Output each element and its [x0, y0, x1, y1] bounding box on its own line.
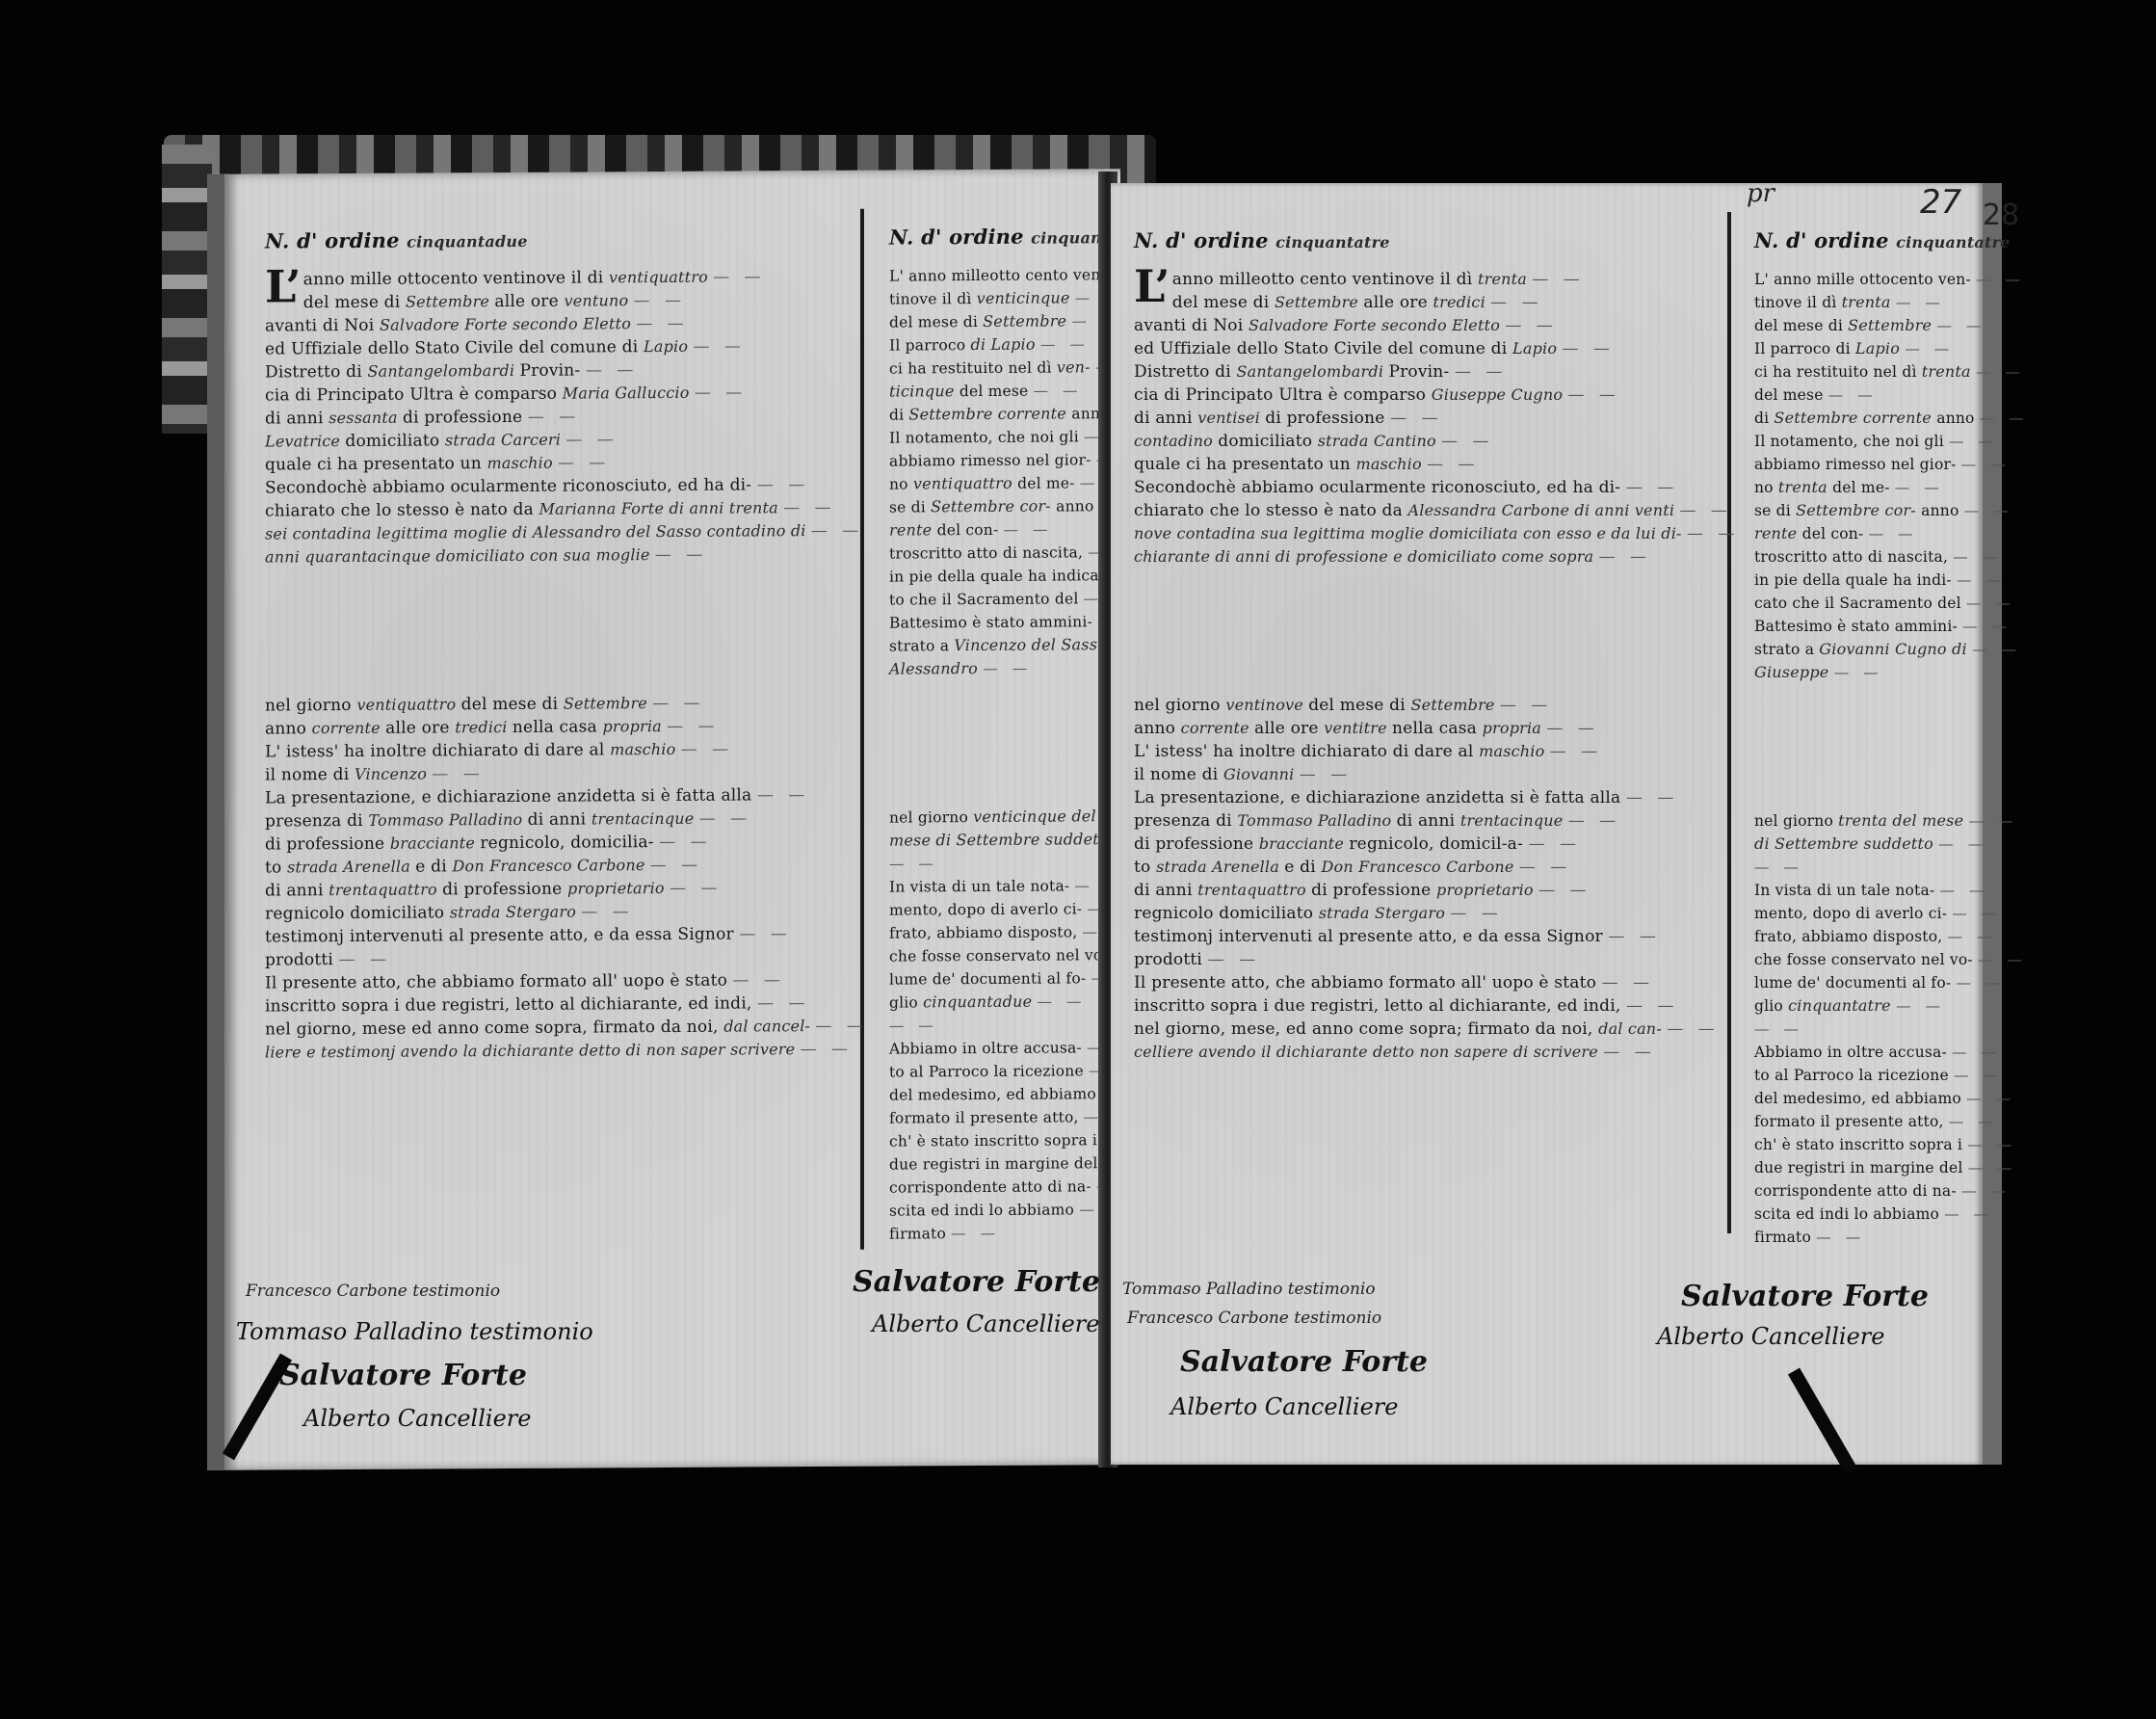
handwritten-entry: proprietario: [1436, 881, 1538, 899]
clerk-signature: Alberto Cancelliere: [303, 1405, 531, 1432]
printed-text: di professione: [403, 408, 528, 428]
pencil-page-number: 28: [1983, 198, 2019, 232]
printed-text: nel giorno, mese, ed anno come sopra; fi…: [1134, 1019, 1598, 1039]
filler-dashes: — —: [1948, 928, 1997, 945]
filler-dashes: — —: [581, 902, 633, 921]
handwritten-entry: Santangelombardi: [1236, 362, 1388, 381]
handwritten-entry: strada Stergaro: [1319, 904, 1451, 922]
handwritten-entry: strada Cantino: [1318, 432, 1441, 450]
register-line: Abbiamo in oltre accusa- — —: [1754, 1041, 2029, 1064]
witness-signature: Francesco Carbone testimonio: [1127, 1309, 1381, 1328]
filler-dashes: — —: [1040, 335, 1090, 353]
filler-dashes: — —: [1505, 316, 1557, 335]
register-line: formato il presente atto, — —: [1754, 1110, 2029, 1133]
register-line: di Settembre corrente anno — —: [1754, 407, 2029, 430]
filler-dashes: — —: [1976, 271, 2025, 288]
printed-text: di anni: [265, 409, 329, 428]
register-line: nel giorno ventinove del mese di Settemb…: [1134, 694, 1739, 717]
printed-text: del mese di: [1754, 317, 1848, 334]
printed-text: domiciliato: [345, 431, 445, 451]
birth-act-left: N. d' ordine cinquantadueL’ anno mille o…: [265, 226, 868, 1065]
printed-text: e di: [415, 857, 452, 876]
handwritten-entry: Settembre: [1411, 696, 1500, 714]
filler-dashes: — —: [1679, 501, 1731, 520]
order-number-header: N. d' ordine cinquantadue: [265, 226, 868, 255]
printed-text: di professione: [265, 834, 390, 855]
printed-text: nel giorno: [265, 696, 356, 716]
printed-text: lume de' documenti al fo-: [889, 969, 1091, 988]
register-line: che fosse conservato nel vo- — —: [1754, 948, 2029, 971]
register-line: in pie della quale ha indi- — —: [1754, 569, 2029, 592]
printed-text: Secondochè abbiamo ocularmente riconosci…: [265, 475, 757, 497]
register-line: In vista di un tale nota- — —: [1754, 879, 2029, 902]
handwritten-entry: dal cancel-: [723, 1017, 815, 1036]
baptism-note-right: N. d' ordine cinquantatre L' anno mille …: [1754, 229, 2029, 1249]
spacer: [1134, 569, 1739, 694]
register-line: testimonj intervenuti al presente atto, …: [265, 922, 868, 949]
printed-text: no: [889, 475, 913, 492]
printed-text: regnicolo, domicilia-: [480, 833, 659, 853]
handwritten-entry: cinquantatre: [1788, 996, 1896, 1015]
handwritten-entry: trenta: [1842, 293, 1896, 311]
register-line: ed Uffiziale dello Stato Civile del comu…: [1134, 337, 1739, 360]
handwritten-entry: Giovanni: [1223, 765, 1300, 783]
handwritten-entry: trentaquattro: [1197, 881, 1311, 899]
register-line: cato che il Sacramento del — —: [1754, 592, 2029, 615]
printed-text: inscritto sopra i due registri, letto al…: [1134, 996, 1626, 1016]
printed-text: to: [1134, 858, 1156, 877]
handwritten-entry: rente: [889, 520, 937, 539]
printed-text: cato che il Sacramento del: [1754, 595, 1966, 612]
corner-note: pr: [1747, 179, 1775, 208]
filler-dashes: — —: [1896, 997, 1945, 1015]
register-line: celliere avendo il dichiarante detto non…: [1134, 1041, 1739, 1064]
filler-dashes: — —: [983, 660, 1032, 677]
printed-text: alle ore: [1254, 719, 1324, 738]
filler-dashes: — —: [1519, 858, 1571, 877]
register-line: Secondochè abbiamo ocularmente riconosci…: [1134, 476, 1739, 499]
handwritten-entry: ventiquattro: [609, 268, 713, 287]
filler-dashes: — —: [713, 267, 765, 286]
handwritten-entry: cor-: [1019, 497, 1056, 516]
handwritten-entry: bracciante: [390, 833, 481, 853]
handwritten-entry: strada Arenella: [287, 858, 415, 877]
register-line: il nome di Giovanni — —: [1134, 763, 1739, 786]
filler-dashes: — —: [1961, 1182, 2011, 1200]
register-line: firmato — —: [1754, 1226, 2029, 1249]
printed-text: regnicolo domiciliato: [265, 903, 450, 923]
handwritten-entry: Alessandro: [889, 659, 983, 678]
filler-dashes: — —: [783, 498, 835, 517]
register-line: to al Parroco la ricezione — —: [1754, 1064, 2029, 1087]
printed-text: testimonj intervenuti al presente atto, …: [1134, 927, 1608, 946]
printed-text: Provin-: [519, 360, 586, 380]
filler-dashes: — —: [1896, 294, 1945, 311]
register-line: Battesimo è stato ammini- — —: [1754, 615, 2029, 638]
register-line: di professione bracciante regnicolo, dom…: [1134, 833, 1739, 856]
handwritten-entry: ventiquattro: [913, 474, 1017, 493]
printed-text: ch' è stato inscritto sopra i: [889, 1131, 1102, 1150]
printed-text: scita ed indi lo abbiamo: [889, 1201, 1079, 1219]
handwritten-entry: bracciante: [1259, 834, 1350, 853]
register-line: del medesimo, ed abbiamo — —: [1754, 1087, 2029, 1110]
printed-text: Battesimo è stato ammini-: [889, 613, 1097, 631]
printed-text: del me-: [1017, 474, 1080, 491]
handwritten-entry: corrente: [998, 404, 1071, 422]
filler-dashes: — —: [1455, 362, 1507, 382]
register-line: liere e testimonj avendo la dichiarante …: [265, 1038, 868, 1065]
filler-dashes: — —: [1427, 455, 1479, 474]
handwritten-entry: trenta del mese: [1838, 811, 1968, 830]
printed-text: in pie della quale ha indica-: [889, 567, 1109, 585]
printed-text: Il parroco: [889, 336, 970, 355]
handwritten-entry: Alessandra Carbone di anni venti: [1408, 501, 1680, 519]
spacer: [265, 566, 868, 695]
handwritten-entry: Settembre: [983, 311, 1071, 331]
handwritten-entry: Lapio: [1512, 339, 1562, 357]
handwritten-entry: Salvadore Forte secondo Eletto: [380, 314, 636, 334]
printed-text: ci ha restituito nel dì: [889, 359, 1057, 378]
printed-text: nel giorno: [1134, 696, 1225, 715]
filler-dashes: — —: [634, 291, 686, 310]
printed-text: del mese di: [889, 313, 983, 331]
filler-dashes: — —: [1949, 1113, 1998, 1130]
filler-dashes: — —: [655, 545, 707, 565]
clerk-signature: Alberto Cancelliere: [872, 1310, 1099, 1337]
filler-dashes: — —: [1939, 882, 1988, 899]
printed-text: firmato: [889, 1225, 951, 1242]
register-line: frato, abbiamo disposto, — —: [1754, 925, 2029, 948]
printed-text: tinove il dì: [1754, 294, 1842, 311]
printed-text: in pie della quale ha indi-: [1754, 571, 1957, 589]
printed-text: quale ci ha presentato un: [1134, 455, 1355, 474]
filler-dashes: — —: [757, 475, 809, 494]
printed-text: presenza di: [265, 811, 368, 832]
handwritten-entry: Maria Galluccio: [563, 383, 695, 403]
register-line: testimonj intervenuti al presente atto, …: [1134, 925, 1739, 948]
filler-dashes: — —: [889, 855, 938, 872]
handwritten-entry: ventitre: [1324, 719, 1392, 737]
printed-text: del medesimo, ed abbiamo: [889, 1085, 1101, 1103]
printed-text: del me-: [1832, 479, 1895, 496]
witness-signature: Tommaso Palladino testimonio: [236, 1318, 593, 1345]
printed-text: due registri in margine del: [1754, 1159, 1968, 1177]
filler-dashes: — —: [1978, 951, 2027, 968]
order-number-header: N. d' ordine cinquantatre: [1134, 229, 1739, 254]
handwritten-entry: ventisei: [1197, 409, 1265, 427]
filler-dashes: — —: [1949, 433, 1998, 450]
register-line: — —: [1754, 856, 2029, 879]
filler-dashes: — —: [558, 453, 610, 472]
register-line: contadino domiciliato strada Cantino — —: [1134, 430, 1739, 453]
printed-text: di: [1754, 410, 1774, 427]
printed-text: di: [889, 406, 908, 423]
register-line: due registri in margine del — —: [1754, 1156, 2029, 1179]
filler-dashes: — —: [586, 360, 638, 380]
printed-text: chiarato che lo stesso è nato da: [265, 500, 539, 521]
handwritten-entry: di Settembre suddetto: [1754, 834, 1938, 853]
handwritten-entry: propria: [1483, 719, 1547, 737]
printed-text: lume de' documenti al fo-: [1754, 974, 1956, 992]
handwritten-entry: celliere avendo il dichiarante detto non…: [1134, 1043, 1603, 1061]
printed-text: se di: [1754, 502, 1796, 519]
register-line: sei contadina legittima moglie di Alessa…: [265, 519, 868, 546]
header-label: N. d' ordine: [265, 228, 407, 253]
filler-dashes: — —: [1895, 479, 1944, 496]
printed-text: cia di Principato Ultra è comparso: [265, 384, 563, 406]
printed-text: di professione: [1311, 881, 1436, 900]
handwritten-entry: corrente: [1181, 719, 1254, 737]
filler-dashes: — —: [1905, 340, 1954, 357]
register-line: nel giorno, mese, ed anno come sopra; fi…: [1134, 1018, 1739, 1041]
filler-dashes: — —: [1956, 974, 2005, 992]
register-line: Distretto di Santangelombardi Provin- — …: [1134, 360, 1739, 383]
printed-text: regnicolo domiciliato: [1134, 904, 1319, 923]
printed-text: ci ha restituito nel dì: [1754, 363, 1922, 381]
printed-text: del mese di: [461, 695, 564, 715]
register-line: corrispondente atto di na- — —: [1754, 1179, 2029, 1203]
printed-text: di professione: [442, 880, 567, 900]
handwritten-entry: Giuseppe Cugno: [1432, 385, 1568, 404]
printed-text: che fosse conservato nel vo-: [889, 946, 1113, 965]
filler-dashes: — —: [951, 1225, 1000, 1242]
handwritten-entry: ventiquattro: [356, 695, 460, 714]
printed-text: anno: [1936, 410, 1979, 427]
filler-dashes: — —: [1966, 595, 2015, 612]
printed-text: formato il presente atto,: [1754, 1113, 1949, 1130]
handwritten-entry: Don Francesco Carbone: [1321, 858, 1518, 876]
printed-text: Provin-: [1388, 362, 1455, 382]
filler-dashes: — —: [1828, 386, 1878, 404]
printed-text: Distretto di: [1134, 362, 1236, 382]
filler-dashes: — —: [815, 1017, 867, 1036]
handwritten-entry: maschio: [610, 740, 681, 758]
header-label: N. d' ordine: [1134, 228, 1275, 252]
witness-signature: Francesco Carbone testimonio: [246, 1282, 500, 1301]
handwritten-entry: strada Arenella: [1156, 858, 1284, 876]
printed-text: Il parroco di: [1754, 340, 1855, 357]
printed-text: anno: [1134, 719, 1181, 738]
handwritten-entry: trenta: [1478, 270, 1532, 288]
filler-dashes: — —: [1754, 1020, 1803, 1038]
printed-text: nel giorno: [889, 808, 973, 827]
handwritten-entry: maschio: [1355, 455, 1427, 473]
printed-text: Abbiamo in oltre accusa-: [1754, 1044, 1952, 1061]
filler-dashes: — —: [1962, 618, 2011, 635]
handwritten-entry: sessanta: [329, 409, 403, 427]
printed-text: due registri in margine del: [889, 1154, 1103, 1173]
printed-text: di professione: [1134, 834, 1259, 854]
filler-dashes: — —: [1599, 547, 1651, 567]
filler-dashes: — —: [528, 408, 580, 427]
handwritten-entry: maschio: [1479, 742, 1550, 760]
printed-text: corrispondente atto di na-: [1754, 1182, 1961, 1200]
printed-text: Il notamento, che noi gli: [889, 428, 1084, 446]
filler-dashes: — —: [681, 740, 733, 759]
register-line: abbiamo rimesso nel gior- — —: [1754, 453, 2029, 476]
filler-dashes: — —: [652, 694, 704, 713]
birth-act-right: N. d' ordine cinquantatreL’ anno milleot…: [1134, 229, 1739, 1064]
handwritten-entry: trentaquattro: [329, 880, 442, 899]
printed-text: di anni: [1134, 881, 1197, 900]
filler-dashes: — —: [1969, 812, 2018, 830]
printed-text: glio: [889, 993, 923, 1011]
printed-text: L' istess' ha inoltre dichiarato di dare…: [1134, 742, 1479, 761]
handwritten-entry: venticinque del: [973, 807, 1101, 826]
handwritten-entry: Levatrice: [265, 432, 345, 451]
printed-text: prodotti: [1134, 950, 1208, 969]
filler-dashes: — —: [1490, 293, 1542, 312]
filler-dashes: — —: [1953, 548, 2002, 566]
officer-signature: Salvatore Forte: [1681, 1280, 1929, 1313]
filler-dashes: — —: [667, 717, 719, 736]
handwritten-entry: Giovanni Cugno di: [1819, 640, 1972, 658]
filler-dashes: — —: [695, 383, 747, 402]
handwritten-entry: ventuno: [565, 291, 634, 309]
register-line: La presentazione, e dichiarazione anzide…: [1134, 786, 1739, 809]
filler-dashes: — —: [733, 970, 785, 990]
handwritten-entry: anni quarantacinque domiciliato con sua …: [265, 545, 655, 566]
drop-cap: L’: [265, 268, 302, 304]
filler-dashes: — —: [1546, 719, 1598, 738]
printed-text: strato a: [1754, 641, 1819, 658]
handwritten-entry: Settembre: [564, 694, 652, 713]
handwritten-entry: Settembre: [1848, 316, 1936, 334]
book-cover-spine: [162, 145, 212, 434]
filler-dashes: — —: [1952, 1044, 2001, 1061]
filler-dashes: — —: [1300, 765, 1352, 784]
filler-dashes: — —: [1626, 478, 1678, 497]
filler-dashes: — —: [1450, 904, 1502, 923]
printed-text: cia di Principato Ultra è comparso: [1134, 385, 1432, 405]
printed-text: troscritto atto di nascita,: [1754, 548, 1953, 566]
printed-text: to che il Sacramento del: [889, 590, 1084, 608]
handwritten-entry: chiarante di anni di professione e domic…: [1134, 547, 1599, 566]
register-line: chiarante di anni di professione e domic…: [1134, 545, 1739, 569]
handwritten-entry: Marianna Forte di anni trenta: [539, 498, 784, 518]
filler-dashes: — —: [1626, 996, 1678, 1016]
register-line: prodotti — —: [1134, 948, 1739, 971]
printed-text: nel giorno, mese ed anno come sopra, fir…: [265, 1018, 723, 1040]
filler-dashes: — —: [1952, 905, 2001, 922]
printed-text: di anni: [1134, 409, 1197, 428]
printed-text: to al Parroco la ricezione: [889, 1062, 1089, 1080]
handwritten-entry: Settembre: [1796, 501, 1884, 519]
printed-text: di anni: [265, 881, 329, 900]
printed-text: anno: [1921, 502, 1963, 519]
handwritten-entry: tredici: [455, 718, 513, 736]
filler-dashes: — —: [739, 924, 791, 943]
printed-text: strato a: [889, 637, 954, 654]
handwritten-entry: cor-: [1884, 501, 1921, 519]
printed-text: testimonj intervenuti al presente atto, …: [265, 925, 739, 947]
filler-dashes: — —: [1980, 410, 2029, 427]
register-line: cia di Principato Ultra è comparso Giuse…: [1134, 383, 1739, 407]
filler-dashes: — —: [1529, 834, 1581, 854]
printed-text: to al Parroco la ricezione: [1754, 1067, 1954, 1084]
register-line: anno corrente alle ore ventitre nella ca…: [1134, 717, 1739, 740]
printed-text: se di: [889, 498, 931, 516]
filler-dashes: — —: [1500, 696, 1552, 715]
filler-dashes: — —: [1957, 571, 2006, 589]
printed-text: La presentazione, e dichiarazione anzide…: [265, 785, 757, 807]
filler-dashes: — —: [1869, 525, 1918, 542]
handwritten-entry: Lapio: [1855, 339, 1905, 357]
filler-dashes: — —: [1938, 835, 1987, 853]
filler-dashes: — —: [1834, 664, 1883, 681]
register-line: regnicolo domiciliato strada Stergaro — …: [1134, 902, 1739, 925]
handwritten-entry: maschio: [486, 454, 558, 472]
filler-dashes: — —: [1816, 1229, 1865, 1246]
filler-dashes: — —: [1972, 641, 2021, 658]
printed-text: anno: [1056, 497, 1098, 515]
handwritten-entry: corrente: [1863, 409, 1936, 427]
handwritten-entry: Lapio: [644, 337, 693, 356]
register-line: L' istess' ha inoltre dichiarato di dare…: [1134, 740, 1739, 763]
printed-text: Distretto di: [265, 362, 367, 383]
printed-text: glio: [1754, 997, 1788, 1015]
handwritten-entry: sei contadina legittima moglie di Alessa…: [265, 521, 811, 542]
printed-text: di anni: [1397, 811, 1460, 831]
register-line: Il presente atto, che abbiamo formato al…: [1134, 971, 1739, 994]
handwritten-entry: contadino: [1134, 432, 1218, 450]
register-line: no trenta del me- — —: [1754, 476, 2029, 499]
register-line: inscritto sopra i due registri, letto al…: [1134, 994, 1739, 1018]
printed-text: L' anno milleotto cento ven-: [889, 266, 1111, 284]
printed-text: quale ci ha presentato un: [265, 454, 486, 474]
header-label: N. d' ordine: [1754, 228, 1896, 252]
filler-dashes: — —: [1038, 992, 1087, 1010]
filler-dashes: — —: [432, 764, 484, 783]
filler-dashes: — —: [1976, 363, 2025, 381]
printed-text: del mese: [1754, 386, 1828, 404]
register-line: ch' è stato inscritto sopra i — —: [1754, 1133, 2029, 1156]
spacer: [1754, 684, 2029, 809]
handwritten-entry: trenta: [1922, 362, 1976, 381]
printed-text: no: [1754, 479, 1778, 496]
register-spread: N. d' ordine cinquantadueL’ anno mille o…: [207, 172, 1999, 1468]
register-line: Il parroco di Lapio — —: [1754, 337, 2029, 360]
printed-text: di anni: [528, 809, 592, 829]
printed-text: nella casa: [1392, 719, 1483, 738]
filler-dashes: — —: [1966, 1090, 2015, 1107]
printed-text: che fosse conservato nel vo-: [1754, 951, 1978, 968]
right-page: N. d' ordine cinquantatreL’ anno milleot…: [1111, 183, 2002, 1465]
register-line: La presentazione, e dichiarazione anzide…: [265, 783, 868, 810]
printed-text: e di: [1284, 858, 1321, 877]
printed-text: nel giorno: [1754, 812, 1838, 830]
filler-dashes: — —: [699, 808, 751, 828]
filler-dashes: — —: [1964, 502, 2013, 519]
handwritten-entry: Don Francesco Carbone: [452, 856, 649, 875]
filler-dashes: — —: [1567, 385, 1619, 405]
printed-text: abbiamo rimesso nel gior-: [1754, 456, 1961, 473]
filler-dashes: — —: [1687, 524, 1739, 543]
drop-cap: L’: [1134, 268, 1170, 304]
handwritten-entry: Settembre: [406, 292, 494, 311]
printed-text: alle ore: [385, 718, 455, 737]
filler-dashes: — —: [1390, 409, 1442, 428]
printed-text: avanti di Noi: [265, 316, 380, 336]
printed-text: Abbiamo in oltre accusa-: [889, 1039, 1087, 1057]
register-line: rente del con- — —: [1754, 522, 2029, 545]
printed-text: del medesimo, ed abbiamo: [1754, 1090, 1966, 1107]
handwritten-entry: mese di Settembre suddetto: [889, 830, 1120, 849]
register-line: chiarato che lo stesso è nato da Alessan…: [1134, 499, 1739, 522]
officer-signature: Salvatore Forte: [853, 1265, 1100, 1299]
printed-text: In vista di un tale nota-: [889, 877, 1074, 895]
printed-text: frato, abbiamo disposto,: [1754, 928, 1948, 945]
